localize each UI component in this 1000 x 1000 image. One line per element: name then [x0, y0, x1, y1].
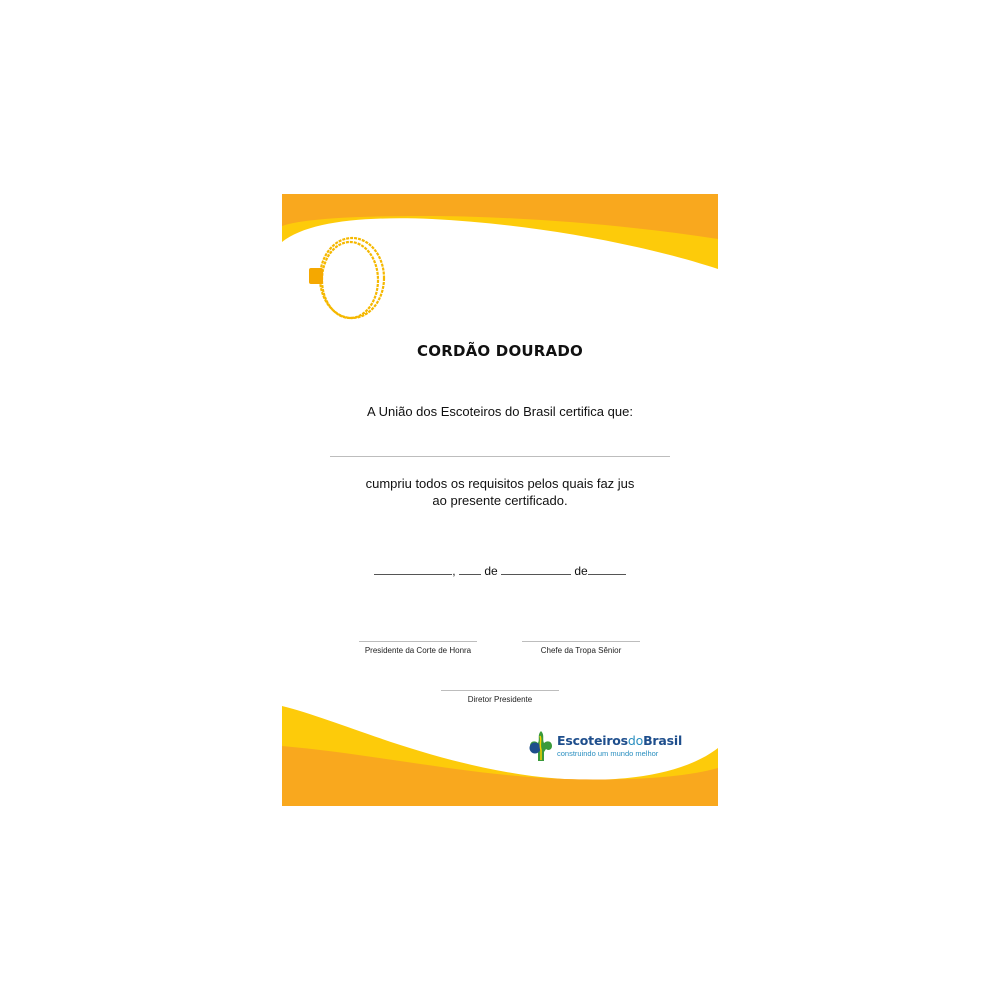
logo-name-part-1: Escoteiros	[557, 733, 628, 748]
certificate-title: CORDÃO DOURADO	[282, 342, 718, 360]
logo-name-part-2: do	[628, 733, 643, 748]
month-blank	[501, 564, 571, 575]
date-de-2: de	[574, 564, 587, 578]
intro-text: A União dos Escoteiros do Brasil certifi…	[282, 404, 718, 419]
logo-name-part-3: Brasil	[643, 733, 682, 748]
date-row: , de de	[282, 564, 718, 578]
logo-name: EscoteirosdoBrasil	[557, 733, 682, 748]
day-blank	[459, 564, 481, 575]
golden-cord-icon	[304, 234, 388, 324]
date-comma: ,	[452, 564, 455, 578]
signature-director-president: Diretor Presidente	[441, 690, 559, 704]
certificate: CORDÃO DOURADO A União dos Escoteiros do…	[282, 194, 718, 806]
fleur-de-lis-icon	[528, 730, 554, 762]
recipient-name-line	[330, 456, 670, 457]
year-blank	[588, 564, 626, 575]
signature-label: Diretor Presidente	[441, 695, 559, 704]
date-de-1: de	[484, 564, 497, 578]
signature-line	[359, 641, 477, 642]
body-line-1: cumpriu todos os requisitos pelos quais …	[282, 475, 718, 492]
logo-tagline: construindo um mundo melhor	[557, 749, 658, 758]
signature-president-honor-court: Presidente da Corte de Honra	[359, 641, 477, 655]
city-blank	[374, 564, 452, 575]
body-line-2: ao presente certificado.	[282, 492, 718, 509]
body-text: cumpriu todos os requisitos pelos quais …	[282, 475, 718, 509]
signature-line	[522, 641, 640, 642]
signature-senior-troop-leader: Chefe da Tropa Sênior	[522, 641, 640, 655]
signature-label: Chefe da Tropa Sênior	[522, 646, 640, 655]
escoteiros-do-brasil-logo: EscoteirosdoBrasil construindo um mundo …	[528, 730, 688, 764]
signature-line	[441, 690, 559, 691]
signature-label: Presidente da Corte de Honra	[359, 646, 477, 655]
